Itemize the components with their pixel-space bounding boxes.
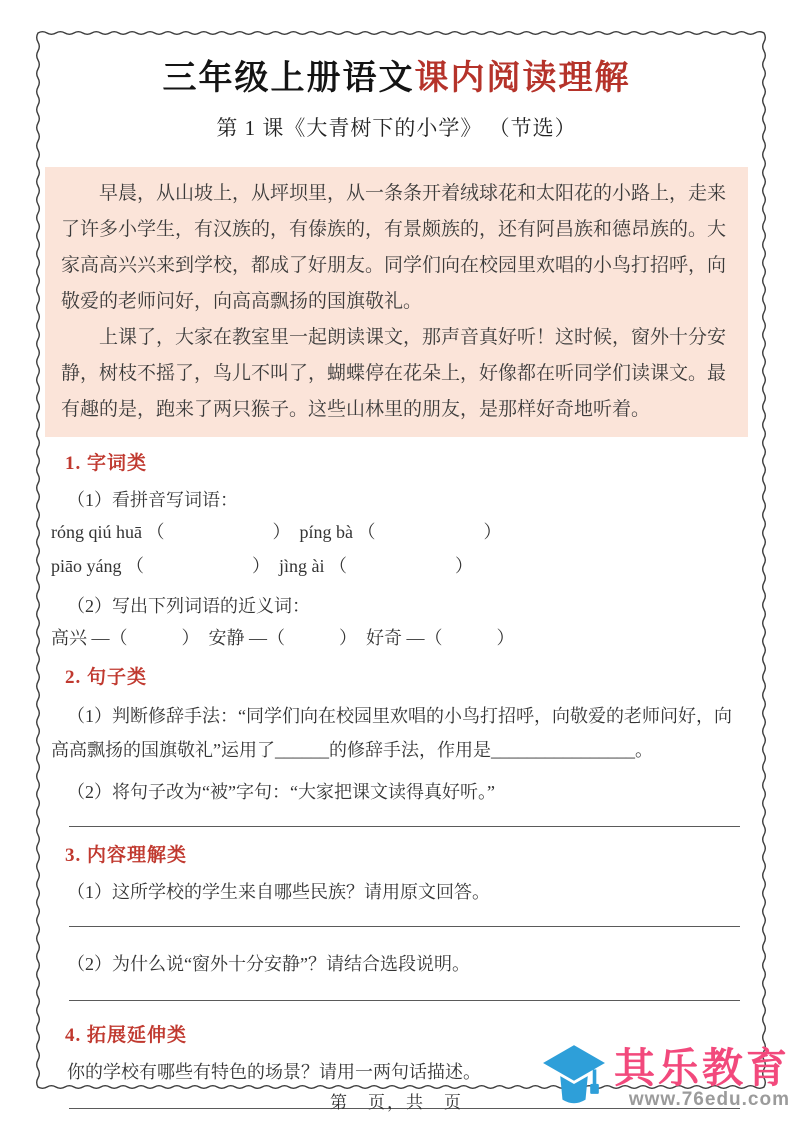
passage-paragraph-2: 上课了，大家在教室里一起朗读课文，那声音真好听！这时候，窗外十分安静，树枝不摇了… (61, 320, 732, 428)
answer-line (69, 825, 740, 827)
answer-line (69, 925, 740, 927)
brand-name: 其乐教育 (614, 1047, 790, 1089)
pinyin-row-2: piāo yáng （ ） jìng ài （ ） (45, 549, 748, 583)
website-url: www.76edu.com (629, 1089, 790, 1111)
section-heading-1: 1. 字词类 (45, 451, 748, 477)
section-words: 1. 字词类 （1）看拼音写词语： róng qiú huā （ ） píng … (45, 451, 748, 655)
line-pinyin-prompt: （1）看拼音写词语： (45, 485, 748, 515)
pinyin-row-1: róng qiú huā （ ） píng bà （ ） (45, 515, 748, 549)
answer-line (69, 999, 740, 1001)
section-heading-3: 3. 内容理解类 (45, 843, 748, 869)
title-red: 课内阅读理解 (415, 60, 631, 97)
synonym-row: 高兴 —（ ） 安静 —（ ） 好奇 —（ ） (45, 621, 748, 655)
question-quiet-window: （2）为什么说“窗外十分安静”？请结合选段说明。 (45, 949, 748, 979)
section-comprehension: 3. 内容理解类 （1）这所学校的学生来自哪些民族？请用原文回答。 （2）为什么… (45, 843, 748, 1001)
question-sections: 1. 字词类 （1）看拼音写词语： róng qiú huā （ ） píng … (45, 451, 748, 1109)
section-heading-2: 2. 句子类 (45, 665, 748, 691)
question-ethnic-groups: （1）这所学校的学生来自哪些民族？请用原文回答。 (45, 877, 748, 907)
worksheet-page: 三年级上册语文课内阅读理解 第 1 课《大青树下的小学》 （节选） 早晨，从山坡… (45, 33, 748, 1109)
question-rhetoric: （1）判断修辞手法：“同学们向在校园里欢唱的小鸟打招呼，向敬爱的老师问好，向高高… (45, 699, 748, 767)
graduation-cap-icon (538, 1039, 610, 1115)
question-bei-sentence: （2）将句子改为“被”字句：“大家把课文读得真好听。” (45, 775, 748, 809)
logo: 其乐教育 www.76edu.com (538, 1041, 790, 1117)
section-sentences: 2. 句子类 （1）判断修辞手法：“同学们向在校园里欢唱的小鸟打招呼，向敬爱的老… (45, 665, 748, 827)
page-title: 三年级上册语文课内阅读理解 (45, 57, 748, 101)
passage-paragraph-1: 早晨，从山坡上，从坪坝里，从一条条开着绒球花和太阳花的小路上，走来了许多小学生，… (61, 176, 732, 320)
logo-text: 其乐教育 www.76edu.com (614, 1047, 790, 1111)
title-black: 三年级上册语文 (163, 60, 415, 97)
reading-passage: 早晨，从山坡上，从坪坝里，从一条条开着绒球花和太阳花的小路上，走来了许多小学生，… (45, 167, 748, 437)
line-synonym-prompt: （2）写出下列词语的近义词： (45, 591, 748, 621)
lesson-subtitle: 第 1 课《大青树下的小学》 （节选） (45, 113, 748, 143)
